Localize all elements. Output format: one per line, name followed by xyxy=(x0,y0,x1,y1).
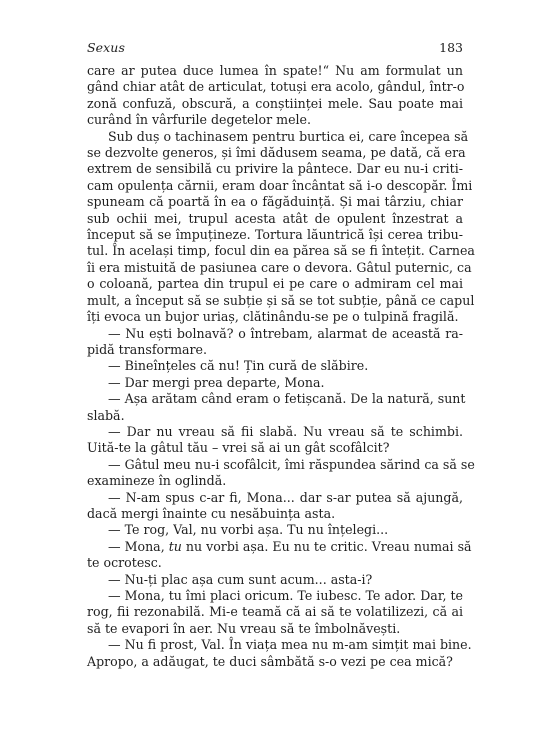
text-line: se dezvolte generos, și îmi dădusem seam… xyxy=(87,145,463,161)
text-line: tul. În același timp, focul din ea părea… xyxy=(87,243,463,259)
text-line: extrem de sensibilă cu privire la pântec… xyxy=(87,161,463,177)
text-line: îți evoca un bujor uriaș, clătinându-se … xyxy=(87,309,463,325)
page-number: 183 xyxy=(439,40,463,55)
text-line: pidă transformare. xyxy=(87,342,463,358)
text-line: rog, fii rezonabilă. Mi-e teamă că ai să… xyxy=(87,604,463,620)
text-line: te ocrotesc. xyxy=(87,555,463,571)
text-line: examineze în oglindă. xyxy=(87,473,463,489)
text-line: Apropo, a adăugat, te duci sâmbătă s-o v… xyxy=(87,654,463,670)
text-line: să te evapori în aer. Nu vreau să te îmb… xyxy=(87,621,463,637)
running-title: Sexus xyxy=(87,40,125,55)
text-line: care ar putea duce lumea în spate!“ Nu a… xyxy=(87,63,463,79)
dialogue-line: — Nu ești bolnavă? o întrebam, alarmat d… xyxy=(87,326,463,342)
text-line: început să se împuțineze. Tortura lăuntr… xyxy=(87,227,463,243)
text-line: sub ochii mei, trupul acesta atât de opu… xyxy=(87,211,463,227)
dialogue-line: — Te rog, Val, nu vorbi așa. Tu nu înțel… xyxy=(87,522,463,538)
text-line: gând chiar atât de articulat, totuși era… xyxy=(87,79,463,95)
text-line: cam opulența cărnii, eram doar încântat … xyxy=(87,178,463,194)
dialogue-line: — Așa arătam când eram o fetișcană. De l… xyxy=(87,391,463,407)
body-text: care ar putea duce lumea în spate!“ Nu a… xyxy=(87,63,463,670)
text-line: o coloană, partea din trupul ei pe care … xyxy=(87,276,463,292)
text-line: slabă. xyxy=(87,408,463,424)
dialogue-line: — Dar nu vreau să fii slabă. Nu vreau să… xyxy=(87,424,463,440)
dialogue-line: — Dar mergi prea departe, Mona. xyxy=(87,375,463,391)
text-line: dacă mergi înainte cu nesăbuința asta. xyxy=(87,506,463,522)
page-header: Sexus 183 xyxy=(87,40,463,58)
dialogue-line: — Gâtul meu nu-i scofâlcit, îmi răspunde… xyxy=(87,457,463,473)
text-line: curând în vârfurile degetelor mele. xyxy=(87,112,463,128)
text-line: Uită-te la gâtul tău – vrei să ai un gât… xyxy=(87,440,463,456)
dialogue-line: — Mona, tu îmi placi oricum. Te iubesc. … xyxy=(87,588,463,604)
text-line: mult, a început să se subție și să se to… xyxy=(87,293,463,309)
text-segment: nu vorbi așa. Eu nu te critic. Vreau num… xyxy=(182,539,472,554)
dialogue-line: — N-am spus c-ar fi, Mona... dar s-ar pu… xyxy=(87,490,463,506)
dialogue-line: — Bineînțeles că nu! Țin cură de slăbire… xyxy=(87,358,463,374)
text-line: Sub duș o tachinasem pentru burtica ei, … xyxy=(87,129,463,145)
dialogue-line: — Mona, tu nu vorbi așa. Eu nu te critic… xyxy=(87,539,463,555)
dialogue-line: — Nu fi prost, Val. În viața mea nu m-am… xyxy=(87,637,463,653)
emphasis-text: tu xyxy=(169,539,182,554)
dialogue-line: — Nu-ți plac așa cum sunt acum... asta-i… xyxy=(87,572,463,588)
text-line: spuneam că poartă în ea o făgăduință. Și… xyxy=(87,194,463,210)
text-line: zonă confuză, obscură, a conștiinței mel… xyxy=(87,96,463,112)
text-line: îi era mistuită de pasiunea care o devor… xyxy=(87,260,463,276)
text-segment: — Mona, xyxy=(108,539,169,554)
